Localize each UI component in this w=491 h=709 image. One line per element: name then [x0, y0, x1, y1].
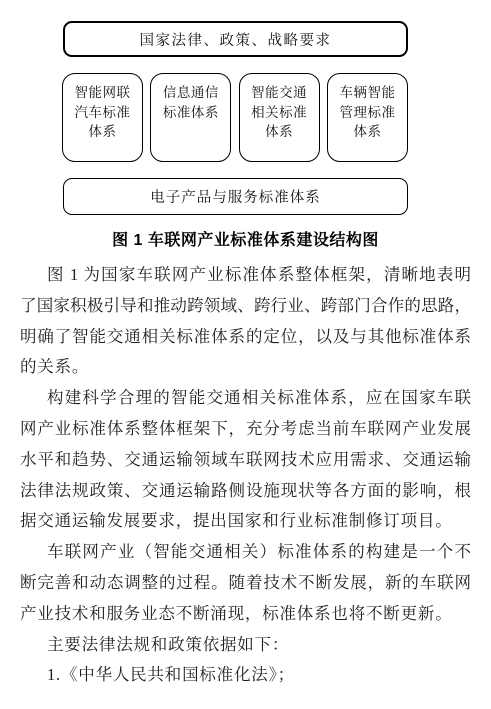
text-line: 了国家积极引导和推动跨领域、跨行业、跨部门合作的思路，: [20, 291, 471, 322]
diagram-box-line: 信息通信: [151, 83, 230, 103]
text-line: 构建科学合理的智能交通相关标准体系，应在国家车联: [20, 383, 471, 414]
text-line: 1.《中华人民共和国标准化法》；: [20, 660, 471, 691]
paragraph-3: 车联网产业（智能交通相关）标准体系的构建是一个不断完善和动态调整的过程。随着技术…: [20, 537, 471, 629]
text-line: 图 1 为国家车联网产业标准体系整体框架，清晰地表明: [20, 260, 471, 291]
text-line: 据交通运输发展要求，提出国家和行业标准制修订项目。: [20, 506, 471, 537]
paragraph-1: 图 1 为国家车联网产业标准体系整体框架，清晰地表明了国家积极引导和推动跨领域、…: [20, 260, 471, 383]
diagram-box-line: 相关标准: [240, 103, 319, 123]
diagram-top-box-label: 国家法律、政策、战略要求: [140, 29, 332, 50]
diagram-bottom-box-label: 电子产品与服务标准体系: [150, 186, 321, 207]
diagram-box-line: 汽车标准: [63, 103, 142, 123]
diagram-box-line: 体系: [240, 122, 319, 142]
text-line: 的关系。: [20, 352, 471, 383]
figure-caption: 图 1 车联网产业标准体系建设结构图: [0, 227, 491, 250]
text-line: 法律法规政策、交通运输路侧设施现状等各方面的影响，根: [20, 476, 471, 507]
diagram-middle-box-1: 智能网联汽车标准体系: [62, 73, 143, 162]
diagram-middle-box-4: 车辆智能管理标准体系: [327, 73, 408, 162]
text-line: 主要法律法规和政策依据如下：: [20, 630, 471, 661]
body-text: 图 1 为国家车联网产业标准体系整体框架，清晰地表明了国家积极引导和推动跨领域、…: [20, 260, 471, 691]
diagram-box-line: 车辆智能: [328, 83, 407, 103]
text-line: 明确了智能交通相关标准体系的定位，以及与其他标准体系: [20, 322, 471, 353]
text-line: 水平和趋势、交通运输领域车联网技术应用需求、交通运输: [20, 445, 471, 476]
diagram-box-line: 管理标准: [328, 103, 407, 123]
text-line: 断完善和动态调整的过程。随着技术不断发展，新的车联网: [20, 568, 471, 599]
diagram-box-line: 智能网联: [63, 83, 142, 103]
diagram-top-box: 国家法律、政策、战略要求: [63, 21, 408, 57]
diagram-middle-box-3: 智能交通相关标准体系: [239, 73, 320, 162]
diagram-middle-box-2: 信息通信标准体系: [150, 73, 231, 162]
paragraph-2: 构建科学合理的智能交通相关标准体系，应在国家车联网产业标准体系整体框架下，充分考…: [20, 383, 471, 537]
document-page: 国家法律、政策、战略要求 智能网联汽车标准体系信息通信标准体系智能交通相关标准体…: [0, 0, 491, 709]
text-line: 网产业标准体系整体框架下，充分考虑当前车联网产业发展: [20, 414, 471, 445]
diagram-box-line: 智能交通: [240, 83, 319, 103]
diagram-box-line: 标准体系: [151, 103, 230, 123]
text-line: 车联网产业（智能交通相关）标准体系的构建是一个不: [20, 537, 471, 568]
diagram-box-line: 体系: [328, 122, 407, 142]
diagram-middle-row: 智能网联汽车标准体系信息通信标准体系智能交通相关标准体系车辆智能管理标准体系: [62, 73, 408, 162]
paragraph-5: 1.《中华人民共和国标准化法》；: [20, 660, 471, 691]
diagram-bottom-box: 电子产品与服务标准体系: [63, 178, 408, 215]
diagram-box-line: 体系: [63, 122, 142, 142]
paragraph-4: 主要法律法规和政策依据如下：: [20, 630, 471, 661]
text-line: 产业技术和服务业态不断涌现，标准体系也将不断更新。: [20, 599, 471, 630]
